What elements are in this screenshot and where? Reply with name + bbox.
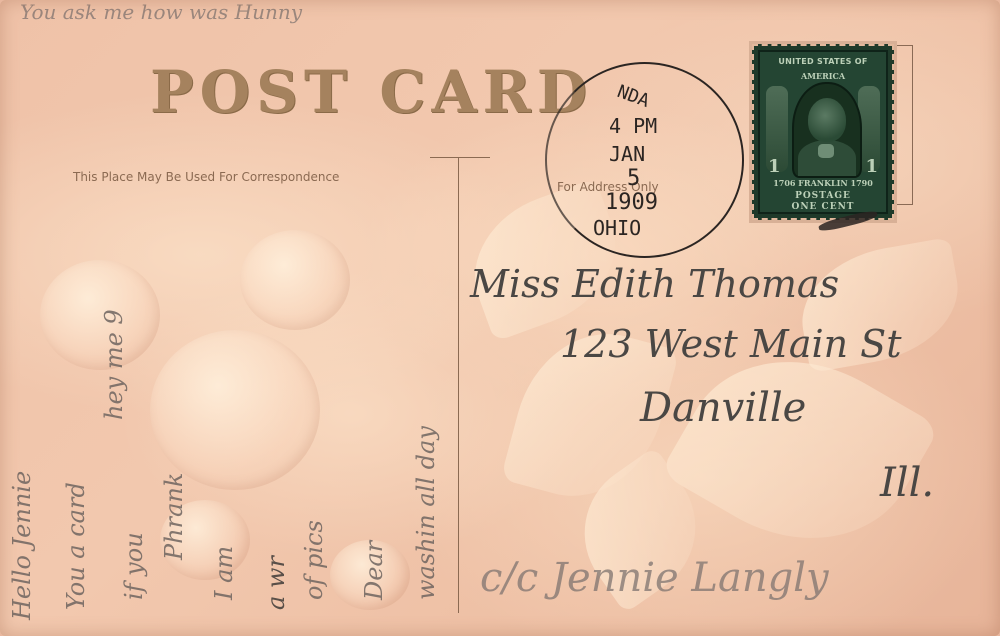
stamp-numeral-left: 1 xyxy=(768,156,781,177)
address-street: 123 West Main St xyxy=(560,322,901,366)
message-line: Dear xyxy=(360,541,388,600)
postcard-title: POST CARD xyxy=(150,58,593,126)
message-line: a wr xyxy=(262,556,290,610)
postmark: NDA 4 PM JAN 5 1909 OHIO xyxy=(545,62,744,258)
postcard-back: POST CARD This Place May Be Used For Cor… xyxy=(0,0,1000,636)
postmark-day: 5 xyxy=(627,166,640,191)
stamp-value-label: ONE CENT xyxy=(760,202,886,212)
message-line: washin all day xyxy=(412,426,440,600)
stamp-postage-label: POSTAGE xyxy=(760,191,886,201)
message-line: of pics xyxy=(300,520,328,600)
address-care-of: c/c Jennie Langly xyxy=(480,555,829,601)
embossed-fruit xyxy=(240,230,350,330)
message-line: if you xyxy=(120,532,148,600)
center-divider xyxy=(458,158,459,613)
stamp-country: UNITED STATES OF xyxy=(760,57,886,66)
address-recipient: Miss Edith Thomas xyxy=(470,262,839,306)
divider-tick xyxy=(430,157,490,158)
message-top-line: You ask me how was Hunny xyxy=(20,0,302,24)
postmark-state: OHIO xyxy=(593,216,641,240)
stamp-country-line2: AMERICA xyxy=(760,71,886,81)
postmark-month: JAN xyxy=(609,142,645,166)
portrait-face xyxy=(808,98,846,142)
message-line: Phrank xyxy=(160,473,188,560)
address-state: Ill. xyxy=(880,460,934,506)
stamp-numeral-right: 1 xyxy=(865,156,878,177)
correspondence-label: This Place May Be Used For Correspondenc… xyxy=(73,170,339,184)
message-line: Hello Jennie xyxy=(8,471,36,620)
stamp-caption: 1706 FRANKLIN 1790 xyxy=(760,178,886,188)
message-line: I am xyxy=(210,546,238,600)
embossed-fruit xyxy=(150,330,320,490)
postmark-year: 1909 xyxy=(605,190,658,215)
postmark-town: NDA xyxy=(614,81,652,112)
franklin-portrait xyxy=(792,82,862,178)
message-line: hey me 9 xyxy=(100,309,128,420)
message-line: You a card xyxy=(62,482,90,610)
address-city: Danville xyxy=(640,385,806,431)
postage-stamp: UNITED STATES OF AMERICA 1 1 1706 FRANKL… xyxy=(752,44,894,220)
postmark-time: 4 PM xyxy=(609,114,657,138)
